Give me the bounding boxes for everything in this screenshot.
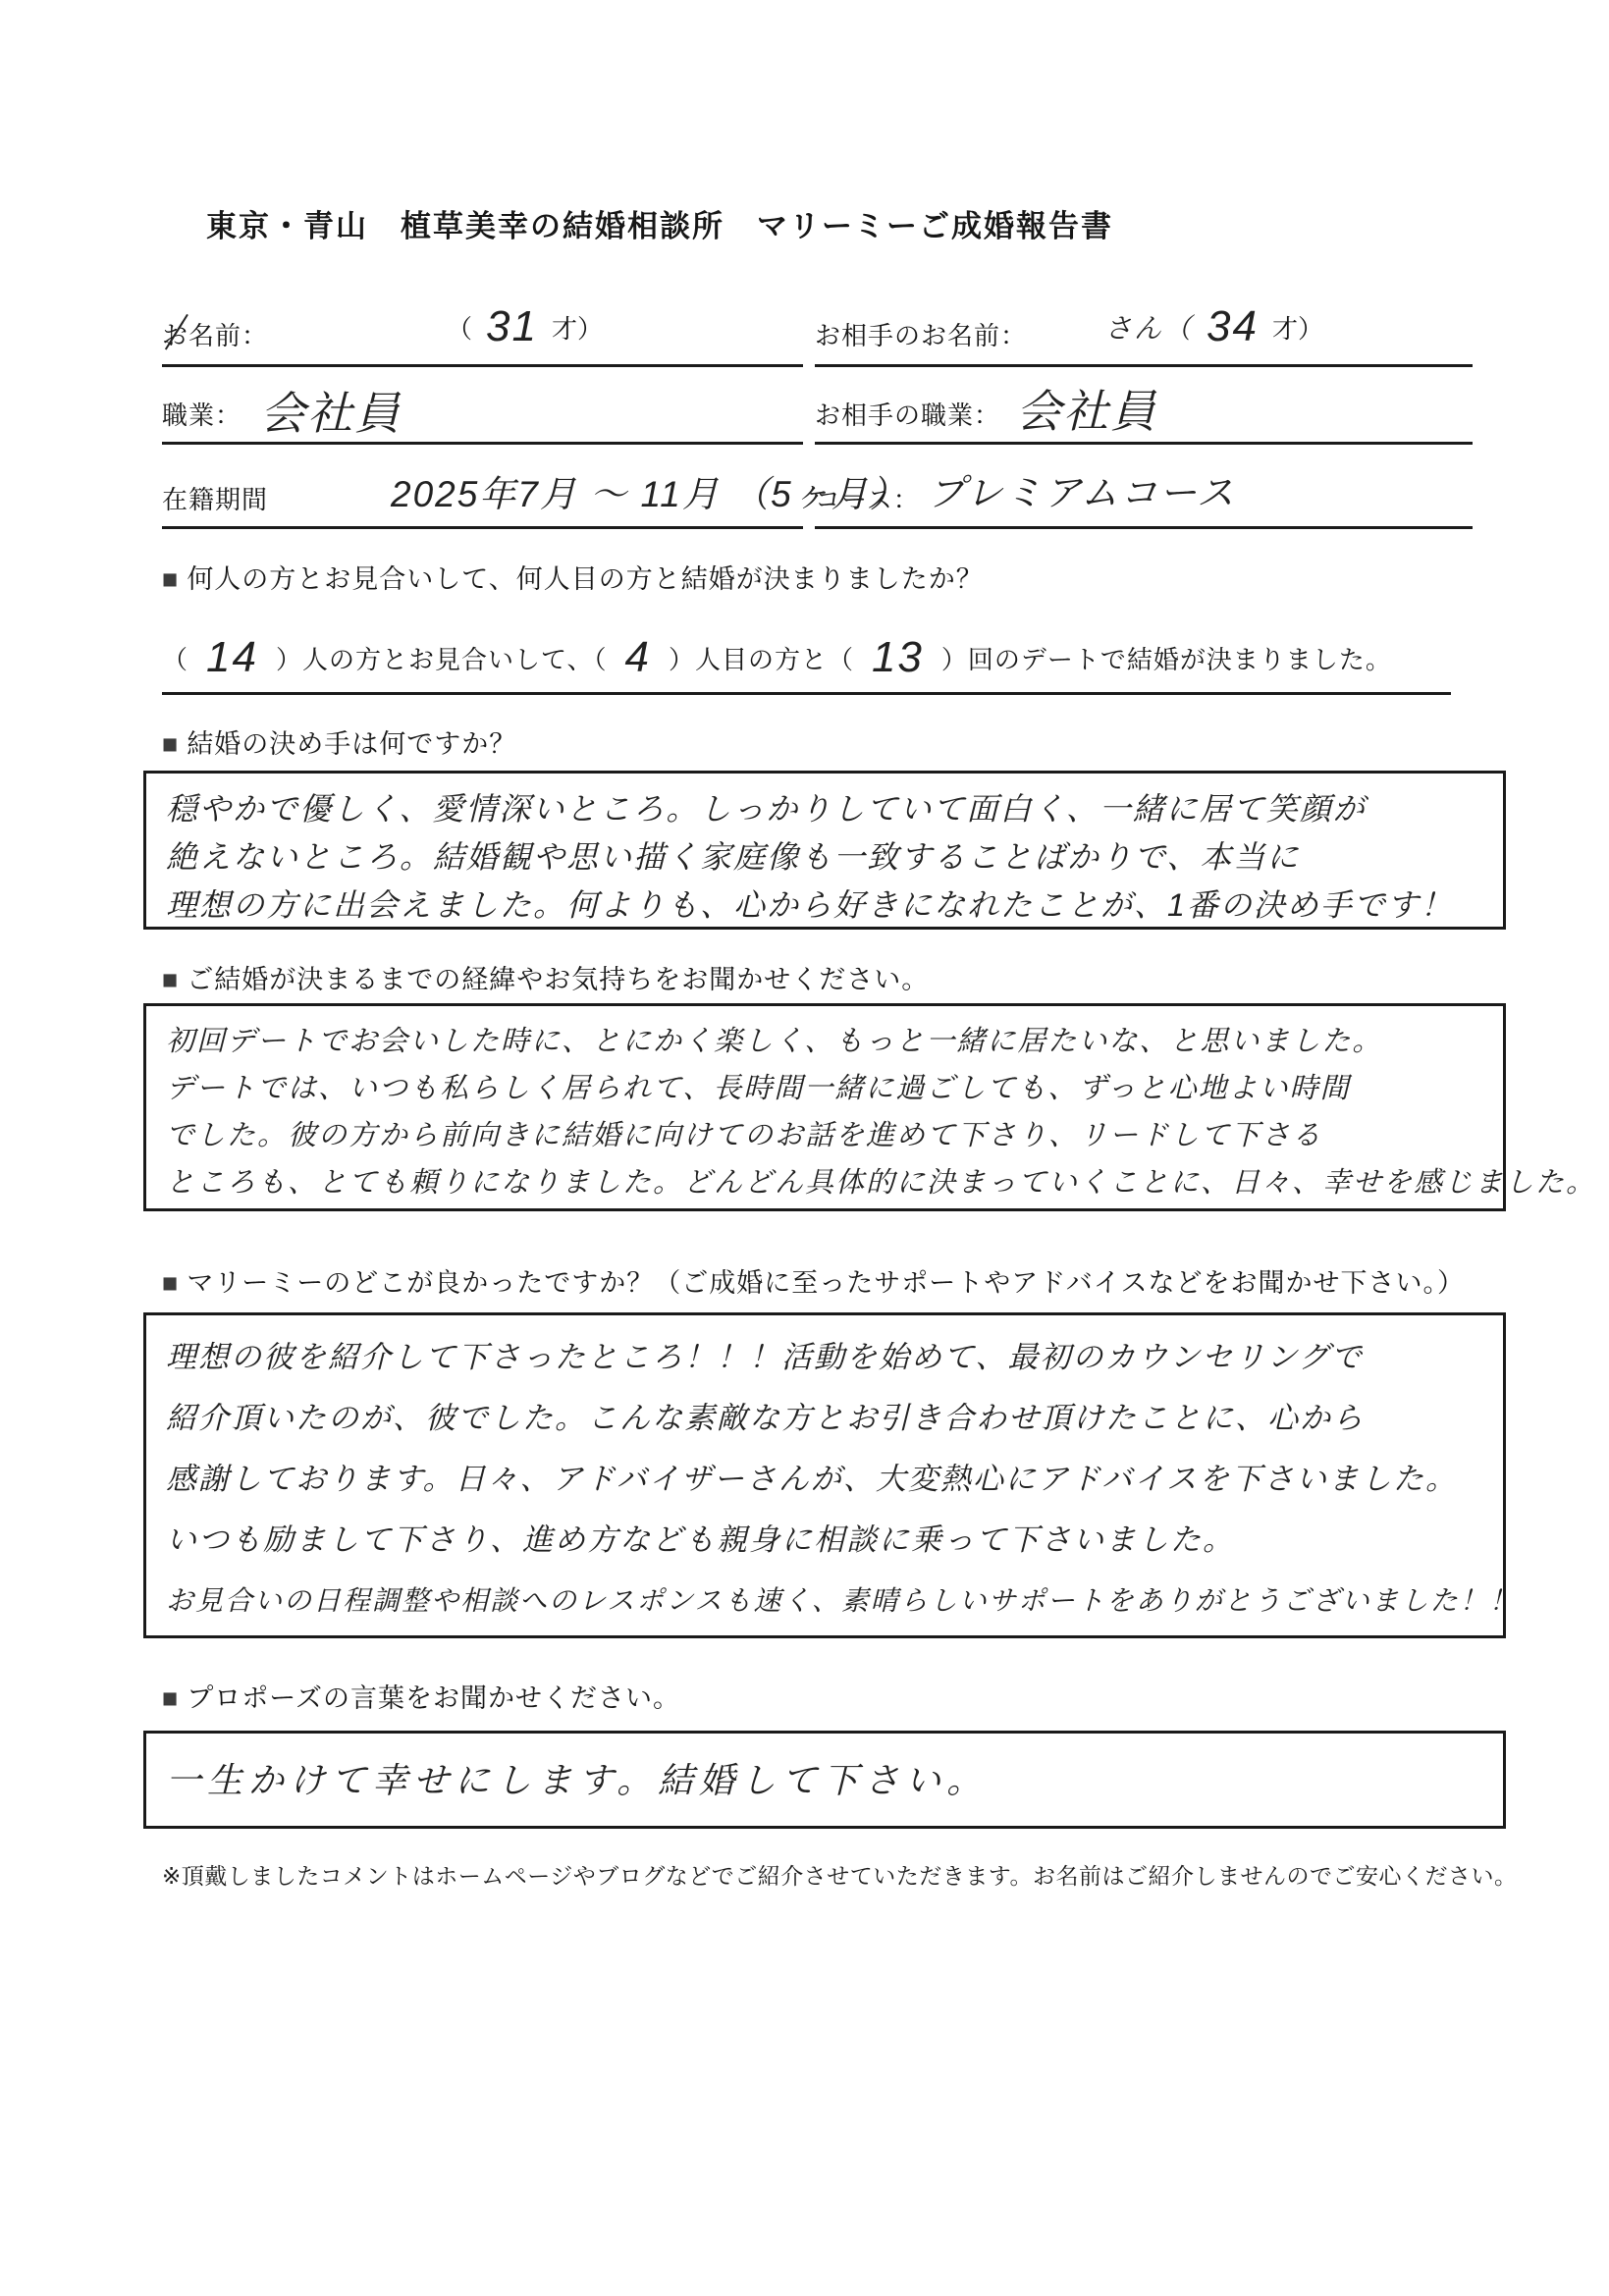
handwritten-line: 初回デートでお会いした時に、とにかく楽しく、もっと一緒に居たいな、と思いました。 (166, 1018, 1483, 1065)
section-marker-icon: ■ (162, 965, 179, 995)
question-deciding-factor-text: 結婚の決め手は何ですか？ (187, 729, 516, 759)
handwritten-line: でした。彼の方から前向きに結婚に向けてのお話を進めて下さり、リードして下さる (166, 1112, 1483, 1159)
field-name-label-text: 名前： (188, 321, 268, 350)
question-process-feelings-text: ご結婚が決まるまでの経緯やお気持ちをお聞かせください。 (187, 965, 929, 994)
field-partner-job-label: お相手の職業： (815, 396, 1000, 432)
field-name-label: お名前： (162, 316, 268, 352)
underline-partner-job (815, 442, 1473, 445)
partner-job-value-handwritten: 会社員 (1016, 376, 1157, 441)
handwritten-line: ところも、とても頼りになりました。どんどん具体的に決まっていくことに、日々、幸せ… (166, 1159, 1483, 1206)
job-value-handwritten: 会社員 (260, 378, 402, 443)
field-partner-age: さん（ 34 才） (1104, 302, 1323, 351)
field-course-label: コース： (815, 480, 920, 516)
section-marker-icon: ■ (162, 1683, 179, 1714)
age-value-handwritten: 31 (486, 302, 538, 351)
section-marker-icon: ■ (162, 729, 179, 760)
underline-course (815, 526, 1473, 529)
close-paren: 才） (552, 309, 603, 346)
question-process-feelings: ■ご結婚が決まるまでの経緯やお気持ちをお聞かせください。 (162, 958, 929, 996)
underline-partner-name (815, 364, 1473, 367)
handwritten-line: 一生かけて幸せにします。結婚して下さい。 (166, 1753, 1483, 1803)
question-marrieme-good-points-text: マリーミーのどこが良かったですか？（ご成婚に至ったサポートやアドバイスなどをお聞… (187, 1268, 1465, 1298)
underline-omiai-answer (162, 692, 1451, 695)
struck-out-character: お (162, 316, 188, 352)
handwritten-line: 理想の方に出会えました。何よりも、心から好きになれたことが、1番の決め手です！ (166, 881, 1483, 930)
handwritten-line: 穏やかで優しく、愛情深いところ。しっかりしていて面白く、一緒に居て笑顔が (166, 785, 1483, 833)
answer-box-process-feelings: 初回デートでお会いした時に、とにかく楽しく、もっと一緒に居たいな、と思いました。… (143, 1003, 1506, 1211)
section-marker-icon: ■ (162, 1268, 179, 1299)
handwritten-line: 紹介頂いたのが、彼でした。こんな素敵な方とお引き合わせ頂けたことに、心から (166, 1388, 1483, 1449)
question-omiai-count-text: 何人の方とお見合いして、何人目の方と結婚が決まりましたか？ (187, 564, 983, 594)
underline-job (162, 442, 803, 445)
open-paren: （ (447, 309, 472, 346)
field-name-age: （ 31 才） (447, 302, 603, 351)
answer-part: ）人目の方と（ (669, 640, 854, 676)
partner-age-value-handwritten: 34 (1207, 302, 1259, 351)
handwritten-line: 理想の彼を紹介して下さったところ！！！活動を始めて、最初のカウンセリングで (166, 1327, 1483, 1388)
course-value-handwritten: プレミアムコース (928, 462, 1236, 516)
answer-box-deciding-factor: 穏やかで優しく、愛情深いところ。しっかりしていて面白く、一緒に居て笑顔が 絶えな… (143, 771, 1506, 930)
footer-privacy-note: ※頂戴しましたコメントはホームページやブログなどでご紹介させていただきます。お名… (162, 1858, 1517, 1891)
page-title: 東京・青山 植草美幸の結婚相談所 マリーミーご成婚報告書 (206, 201, 1113, 245)
answer-part: （ (162, 640, 188, 676)
question-omiai-count: ■何人の方とお見合いして、何人目の方と結婚が決まりましたか？ (162, 558, 984, 596)
handwritten-line: お見合いの日程調整や相談へのレスポンスも速く、素晴らしいサポートをありがとうござ… (166, 1571, 1483, 1631)
answer-box-proposal-words: 一生かけて幸せにします。結婚して下さい。 (143, 1731, 1506, 1829)
count-person-handwritten: 4 (624, 633, 650, 682)
section-marker-icon: ■ (162, 564, 179, 595)
close-paren: 才） (1272, 309, 1323, 346)
field-period-label: 在籍期間 (162, 480, 268, 516)
handwritten-line: 絶えないところ。結婚観や思い描く家庭像も一致することばかりで、本当に (166, 833, 1483, 881)
answer-omiai-count: （ 14 ）人の方とお見合いして、（ 4 ）人目の方と（ 13 ）回のデートで結… (162, 633, 1392, 682)
question-proposal-words-text: プロポーズの言葉をお聞かせください。 (187, 1683, 680, 1713)
underline-name (162, 364, 803, 367)
answer-box-marrieme-good-points: 理想の彼を紹介して下さったところ！！！活動を始めて、最初のカウンセリングで 紹介… (143, 1312, 1506, 1638)
underline-period (162, 526, 803, 529)
count-dates-handwritten: 13 (872, 633, 924, 682)
partner-suffix-san: さん（ (1104, 307, 1193, 347)
count-omiai-handwritten: 14 (206, 633, 258, 682)
question-proposal-words: ■プロポーズの言葉をお聞かせください。 (162, 1677, 680, 1715)
question-deciding-factor: ■結婚の決め手は何ですか？ (162, 722, 516, 761)
field-job-label: 職業： (162, 396, 241, 432)
question-marrieme-good-points: ■マリーミーのどこが良かったですか？（ご成婚に至ったサポートやアドバイスなどをお… (162, 1261, 1465, 1300)
marriage-report-document: 東京・青山 植草美幸の結婚相談所 マリーミーご成婚報告書 お名前： （ 31 才… (0, 0, 1609, 2296)
handwritten-line: 感謝しております。日々、アドバイザーさんが、大変熱心にアドバイスを下さいました。 (166, 1449, 1483, 1510)
answer-part: ）回のデートで結婚が決まりました。 (941, 640, 1392, 676)
answer-part: ）人の方とお見合いして、（ (276, 640, 607, 676)
field-partner-name-label: お相手のお名前： (815, 316, 1027, 352)
handwritten-line: デートでは、いつも私らしく居られて、長時間一緒に過ごしても、ずっと心地よい時間 (166, 1065, 1483, 1112)
handwritten-line: いつも励まして下さり、進め方なども親身に相談に乗って下さいました。 (166, 1510, 1483, 1571)
